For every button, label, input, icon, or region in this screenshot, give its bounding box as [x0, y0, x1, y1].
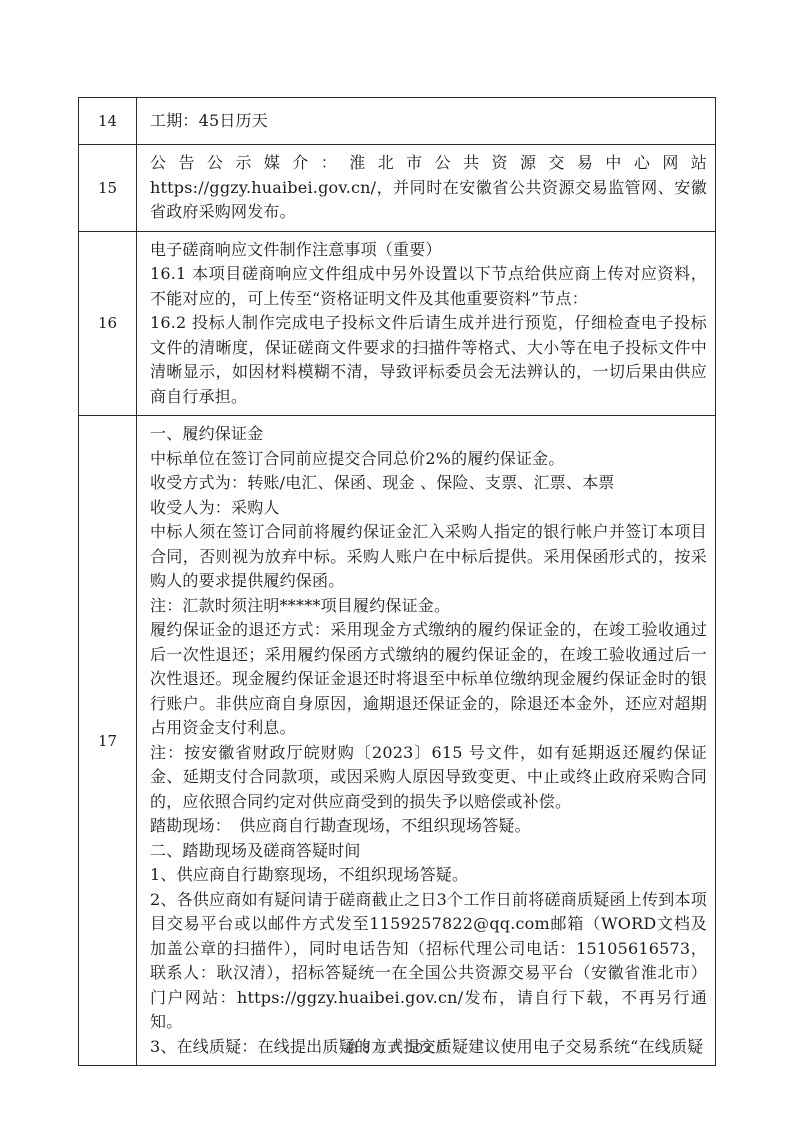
table-row: 14 工期：45日历天: [79, 98, 715, 144]
page-number-footer: 第 8 页 共 103 页: [0, 1038, 793, 1056]
row-content-cell: 工期：45日历天: [137, 98, 715, 144]
row-content-cell: 一、履约保证金 中标单位在签订合同前应提交合同总价2%的履约保证金。 收受方式为…: [137, 416, 715, 1065]
paragraph: 公告公示媒介：淮北市公共资源交易中心网站https://ggzy.huaibei…: [150, 151, 707, 225]
paragraph: 16.1 本项目磋商响应文件组成中另外设置以下节点给供应商上传对应资料，不能对应…: [150, 262, 707, 311]
procurement-info-table: 14 工期：45日历天 15 公告公示媒介：淮北市公共资源交易中心网站https…: [78, 97, 716, 1066]
paragraph: 1、供应商自行勘察现场，不组织现场答疑。: [150, 863, 707, 888]
table-row: 15 公告公示媒介：淮北市公共资源交易中心网站https://ggzy.huai…: [79, 144, 715, 231]
row-number-cell: 16: [79, 232, 137, 416]
paragraph: 注：汇款时须注明*****项目履约保证金。: [150, 594, 707, 619]
row-number-cell: 15: [79, 145, 137, 231]
paragraph: 履约保证金的退还方式：采用现金方式缴纳的履约保证金的，在竣工验收通过后一次性退还…: [150, 618, 707, 741]
paragraph: 收受人为：采购人: [150, 496, 707, 521]
paragraph: 踏勘现场： 供应商自行勘查现场，不组织现场答疑。: [150, 814, 707, 839]
paragraph: 工期：45日历天: [150, 109, 707, 134]
paragraph: 中标人须在签订合同前将履约保证金汇入采购人指定的银行帐户并签订本项目合同，否则视…: [150, 520, 707, 594]
row-content-cell: 公告公示媒介：淮北市公共资源交易中心网站https://ggzy.huaibei…: [137, 145, 715, 231]
paragraph: 一、履约保证金: [150, 422, 707, 447]
table-row: 16 电子磋商响应文件制作注意事项（重要） 16.1 本项目磋商响应文件组成中另…: [79, 231, 715, 416]
row-number-cell: 17: [79, 416, 137, 1065]
paragraph: 16.2 投标人制作完成电子投标文件后请生成并进行预览，仔细检查电子投标文件的清…: [150, 311, 707, 409]
paragraph: 中标单位在签订合同前应提交合同总价2%的履约保证金。: [150, 447, 707, 472]
row-number-cell: 14: [79, 98, 137, 144]
paragraph: 收受方式为：转账/电汇、保函、现金 、保险、支票、汇票、本票: [150, 471, 707, 496]
paragraph: 注：按安徽省财政厅皖财购〔2023〕615 号文件，如有延期返还履约保证金、延期…: [150, 741, 707, 815]
paragraph: 电子磋商响应文件制作注意事项（重要）: [150, 238, 707, 263]
table-row: 17 一、履约保证金 中标单位在签订合同前应提交合同总价2%的履约保证金。 收受…: [79, 415, 715, 1065]
paragraph: 2、各供应商如有疑问请于磋商截止之日3个工作日前将磋商质疑函上传到本项目交易平台…: [150, 888, 707, 1035]
document-page: 14 工期：45日历天 15 公告公示媒介：淮北市公共资源交易中心网站https…: [0, 0, 793, 1123]
row-content-cell: 电子磋商响应文件制作注意事项（重要） 16.1 本项目磋商响应文件组成中另外设置…: [137, 232, 715, 416]
paragraph: 二、踏勘现场及磋商答疑时间: [150, 839, 707, 864]
